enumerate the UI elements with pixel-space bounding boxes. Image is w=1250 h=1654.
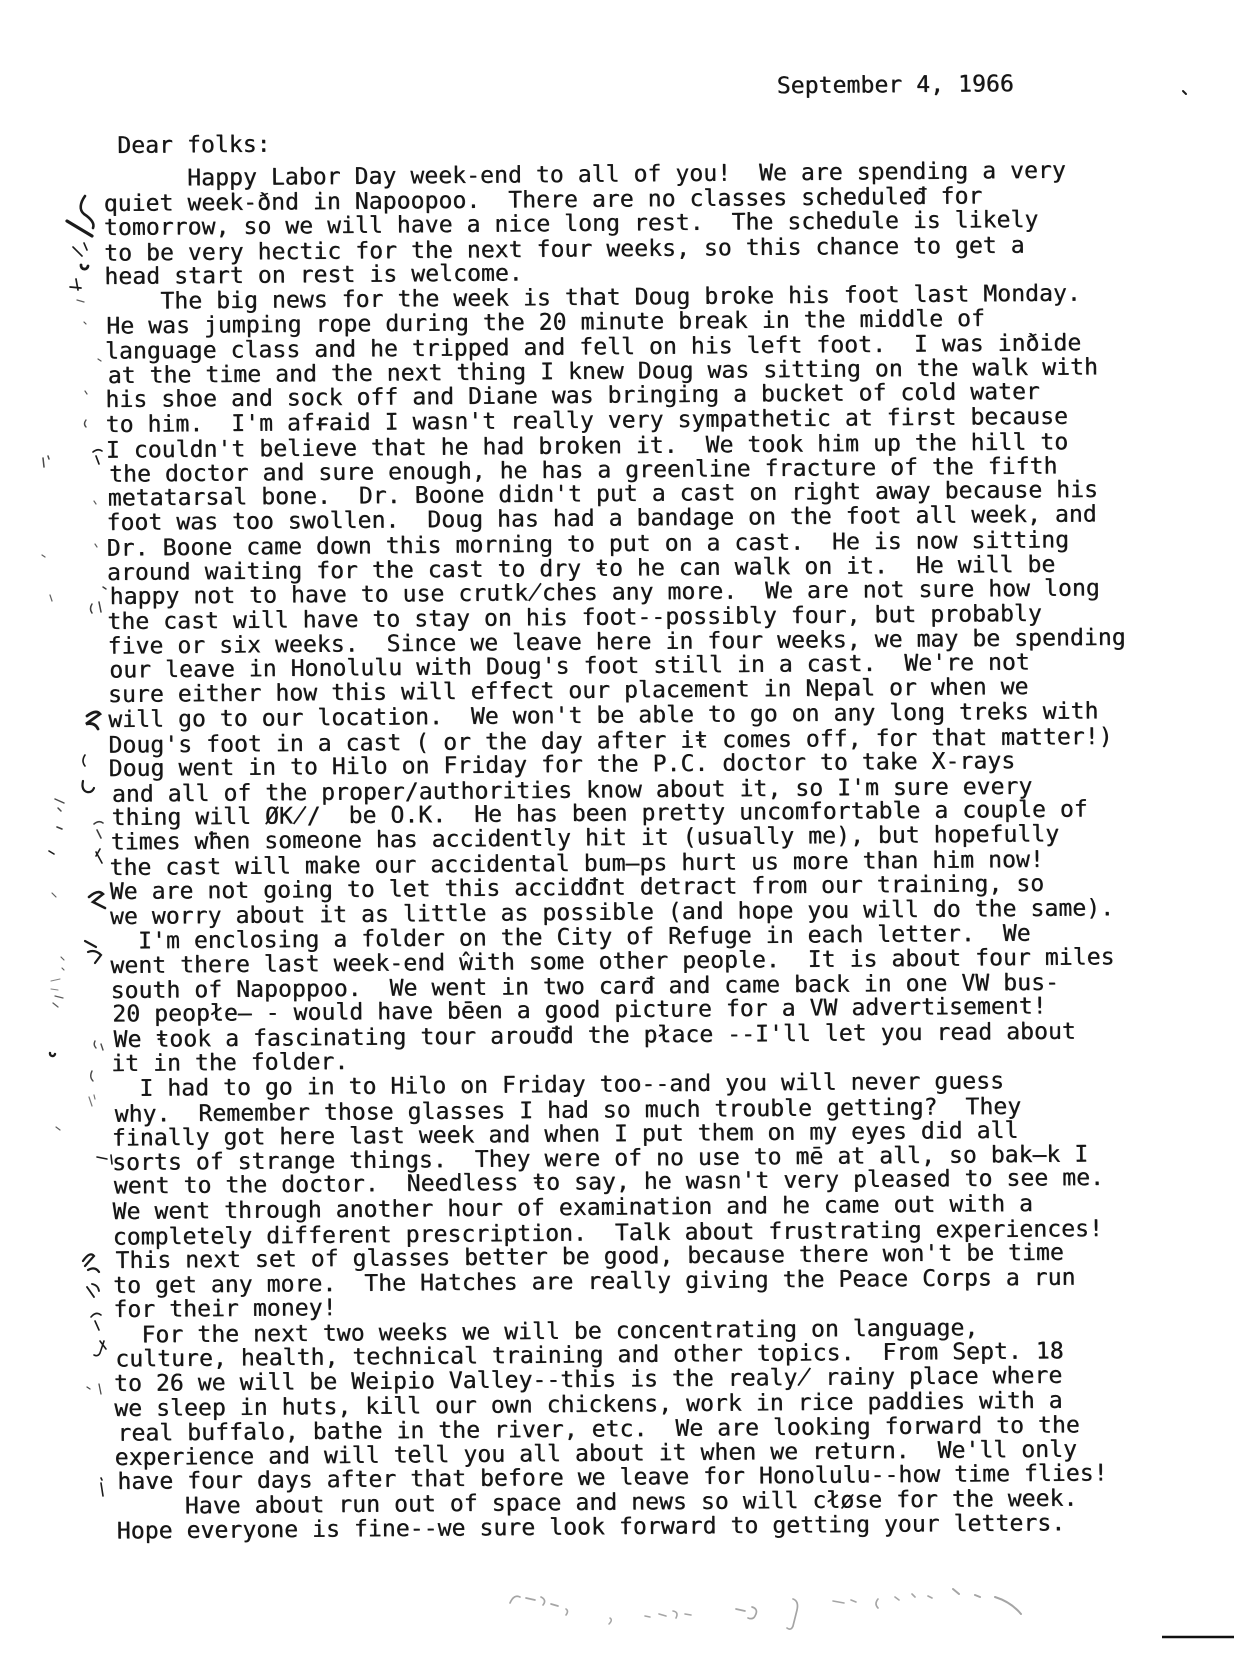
typed-ink-layer: September 4, 1966 Dear folks: Happy Labo…: [0, 0, 1250, 1654]
letter-body: Happy Labor Day week-end to all of you! …: [103, 158, 1133, 1544]
letter-page: September 4, 1966 Dear folks: Happy Labo…: [0, 0, 1250, 1654]
salutation: Dear folks:: [117, 132, 271, 159]
letter-date: September 4, 1966: [777, 71, 1014, 99]
